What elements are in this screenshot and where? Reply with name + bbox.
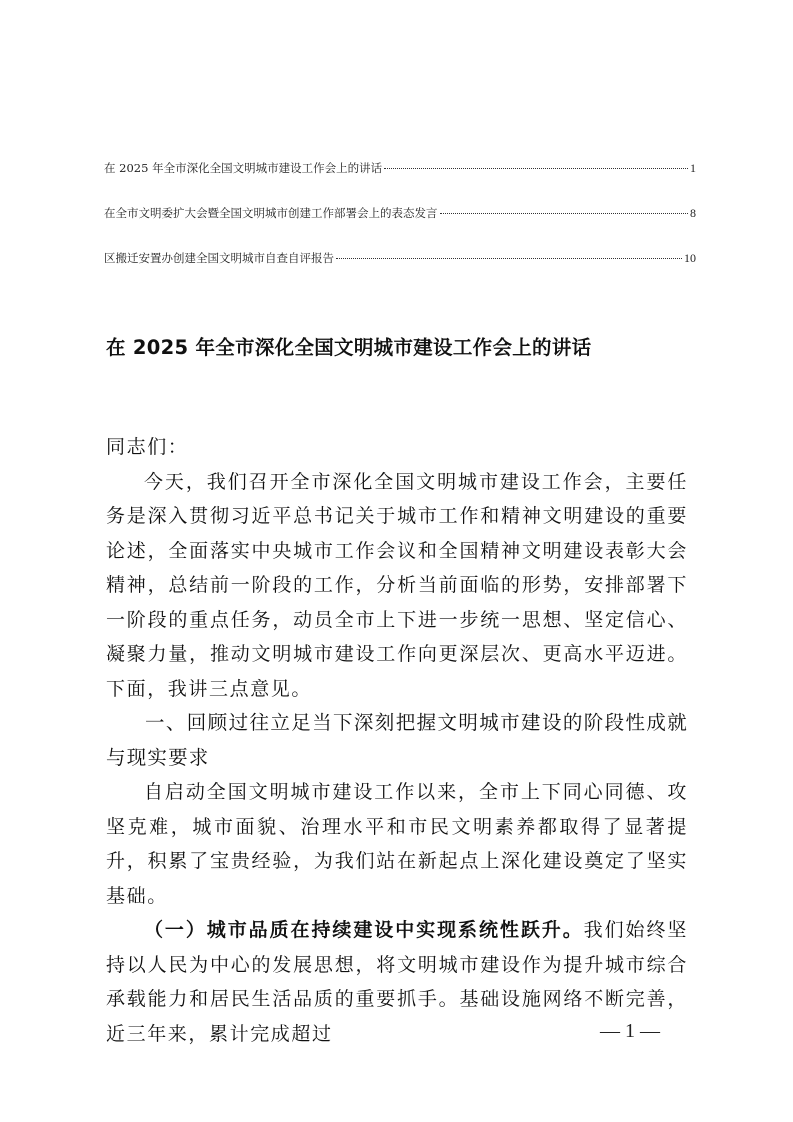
page-number: — 1 — xyxy=(600,1020,660,1043)
toc-entry[interactable]: 在全市文明委扩大会暨全国文明城市创建工作部署会上的表态发言 8 xyxy=(104,205,696,221)
toc-entry-page: 8 xyxy=(690,206,696,221)
document-title: 在 2025 年全市深化全国文明城市建设工作会上的讲话 xyxy=(106,332,591,360)
salutation: 同志们： xyxy=(106,430,688,465)
document-body: 同志们： 今天，我们召开全市深化全国文明城市建设工作会，主要任务是深入贯彻习近平… xyxy=(106,430,688,1051)
toc-leader-dots xyxy=(384,168,688,169)
intro-paragraph: 今天，我们召开全市深化全国文明城市建设工作会，主要任务是深入贯彻习近平总书记关于… xyxy=(106,465,688,707)
section-paragraph: 自启动全国文明城市建设工作以来，全市上下同心同德、攻坚克难，城市面貌、治理水平和… xyxy=(106,775,688,913)
toc-entry-title: 在全市文明委扩大会暨全国文明城市创建工作部署会上的表态发言 xyxy=(104,205,438,221)
section-heading: 一、回顾过往立足当下深刻把握文明城市建设的阶段性成就与现实要求 xyxy=(106,706,688,775)
toc-leader-dots xyxy=(336,258,682,259)
toc-entry-page: 1 xyxy=(690,161,696,176)
table-of-contents: 在 2025 年全市深化全国文明城市建设工作会上的讲话 1 在全市文明委扩大会暨… xyxy=(104,160,696,295)
toc-entry-page: 10 xyxy=(684,251,696,266)
toc-entry-title: 在 2025 年全市深化全国文明城市建设工作会上的讲话 xyxy=(104,160,382,176)
toc-entry[interactable]: 区搬迁安置办创建全国文明城市自查自评报告 10 xyxy=(104,250,696,266)
toc-leader-dots xyxy=(440,213,689,214)
toc-entry-title: 区搬迁安置办创建全国文明城市自查自评报告 xyxy=(104,250,334,266)
toc-entry[interactable]: 在 2025 年全市深化全国文明城市建设工作会上的讲话 1 xyxy=(104,160,696,176)
subsection-lead: （一）城市品质在持续建设中实现系统性跃升。 xyxy=(144,919,584,941)
